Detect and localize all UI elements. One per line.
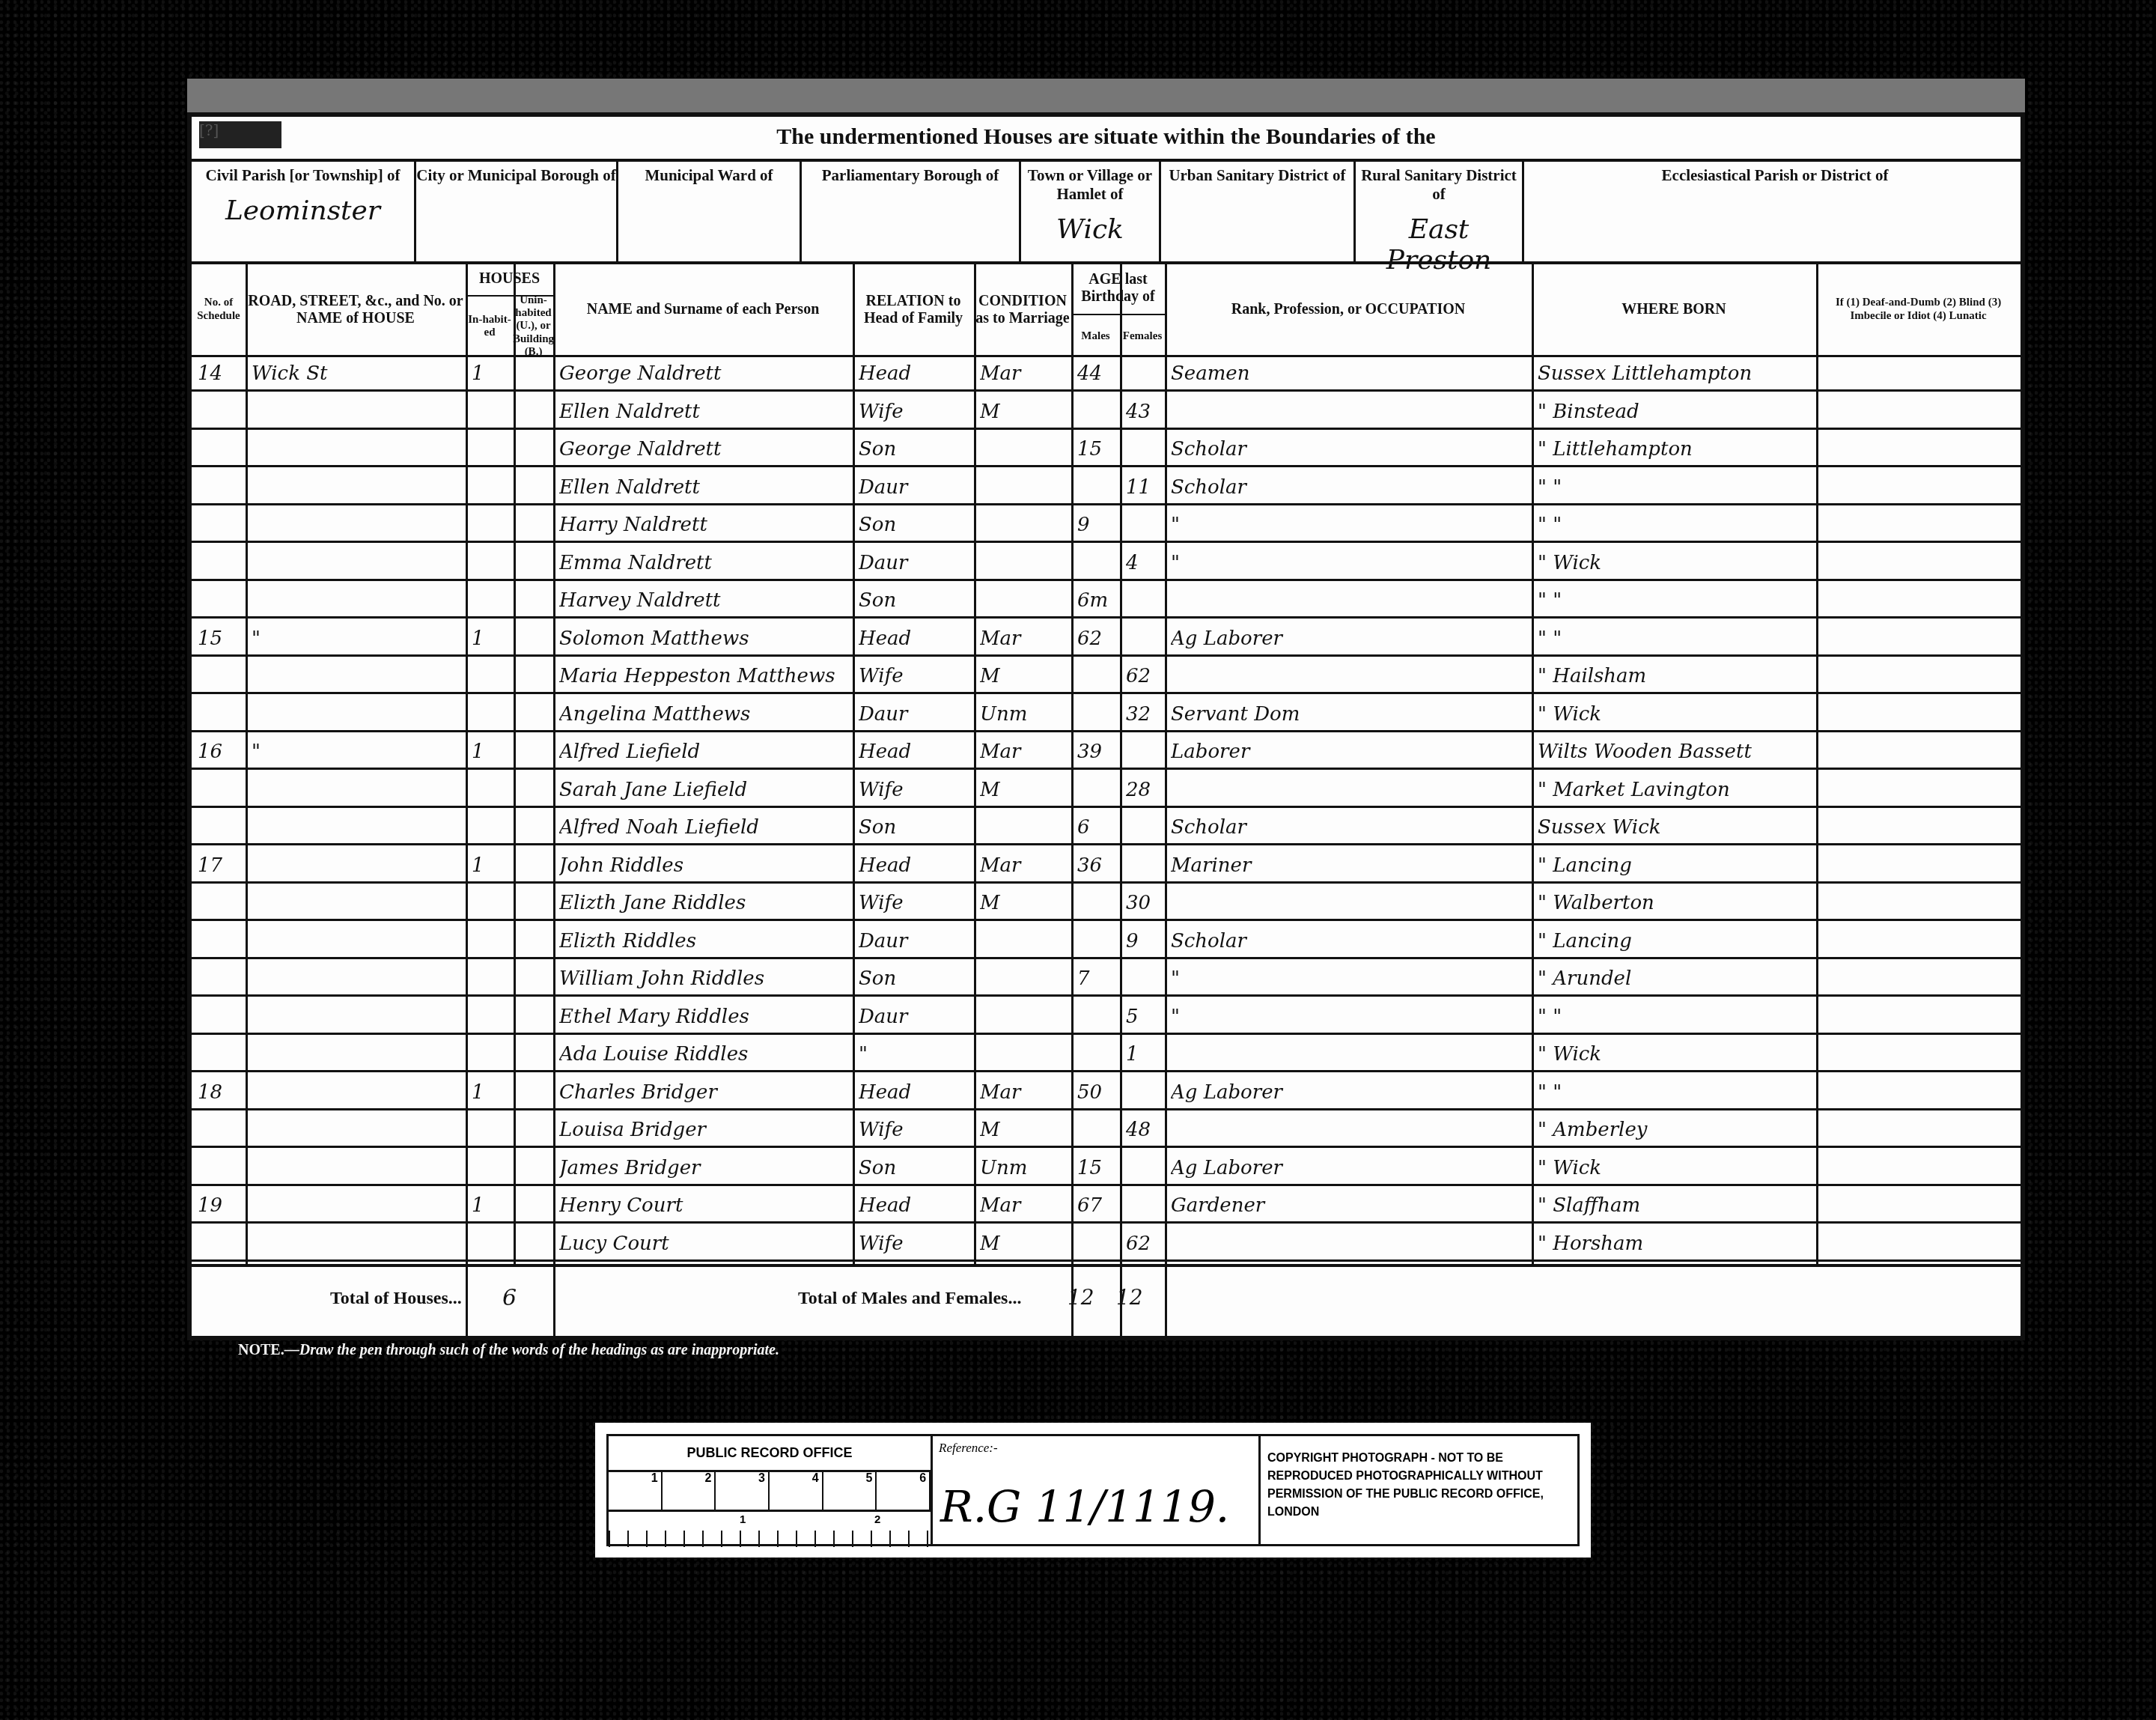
cell-road <box>252 1158 463 1179</box>
boundary-1: City or Municipal Borough of <box>416 162 618 263</box>
cell-female: 32 <box>1126 705 1162 725</box>
cell-name: William John Riddles <box>559 969 850 989</box>
cell-name: Ada Louise Riddles <box>559 1045 850 1065</box>
cell-inhabited <box>472 478 511 498</box>
cell-occupation <box>1171 666 1529 687</box>
cell-inhabited <box>472 666 511 687</box>
cell-schedule: 16 <box>198 742 243 762</box>
cell-relation: Daur <box>859 1007 971 1027</box>
cell-inhabited <box>472 893 511 914</box>
totals-rule <box>553 1264 555 1340</box>
totals-rule <box>1071 1264 1074 1340</box>
cell-road <box>252 478 463 498</box>
cell-inhabited: 1 <box>472 856 511 876</box>
cell-condition <box>980 553 1068 574</box>
boundary-5: Urban Sanitary District of <box>1161 162 1356 263</box>
totals-rule <box>466 1264 468 1340</box>
ruler-mark: 5 <box>823 1472 877 1510</box>
cell-born: " Wick <box>1538 553 1813 574</box>
cell-born: " " <box>1538 1083 1813 1103</box>
cell-occupation: Gardener <box>1171 1196 1529 1216</box>
cell-female <box>1126 969 1162 989</box>
cell-schedule <box>198 440 243 460</box>
page-title: The undermentioned Houses are situate wi… <box>192 124 2021 150</box>
cell-road <box>252 1120 463 1140</box>
cell-occupation: Scholar <box>1171 440 1529 460</box>
cell-schedule <box>198 1045 243 1065</box>
cell-inhabited <box>472 440 511 460</box>
cell-schedule: 15 <box>198 629 243 649</box>
cell-born: " Binstead <box>1538 402 1813 422</box>
cell-road: Wick St <box>252 364 463 384</box>
cell-occupation: " <box>1171 969 1529 989</box>
cell-road <box>252 818 463 838</box>
cell-female <box>1126 440 1162 460</box>
cell-born: " Wick <box>1538 1045 1813 1065</box>
cell-condition: Mar <box>980 629 1068 649</box>
cell-road <box>252 969 463 989</box>
cell-relation: Wife <box>859 893 971 914</box>
column-header-condition: CONDITION as to Marriage <box>974 263 1071 356</box>
boundary-7: Ecclesiastical Parish or District of <box>1524 162 2026 263</box>
cell-male: 15 <box>1077 1158 1117 1179</box>
cell-born: " Lancing <box>1538 932 1813 952</box>
ruler-mark: 4 <box>770 1472 823 1510</box>
total-houses-value: 6 <box>502 1285 517 1311</box>
cell-female: 28 <box>1126 780 1162 800</box>
cell-condition: Mar <box>980 364 1068 384</box>
column-header-females: Females <box>1120 319 1165 356</box>
ruler-bottom: 12 <box>609 1512 931 1547</box>
cell-female <box>1126 591 1162 611</box>
cell-born: " " <box>1538 629 1813 649</box>
cell-born: " Amberley <box>1538 1120 1813 1140</box>
cell-male: 67 <box>1077 1196 1117 1216</box>
column-rule <box>1071 263 1074 1266</box>
cell-schedule: 19 <box>198 1196 243 1216</box>
cell-male <box>1077 553 1117 574</box>
cell-female <box>1126 818 1162 838</box>
cell-inhabited <box>472 969 511 989</box>
cell-relation: Wife <box>859 402 971 422</box>
cell-occupation: " <box>1171 1007 1529 1027</box>
column-rule <box>514 263 516 1266</box>
cell-occupation: Laborer <box>1171 742 1529 762</box>
boundary-label: Rural Sanitary District of <box>1361 166 1517 203</box>
cell-born: " Slaffham <box>1538 1196 1813 1216</box>
boundary-6: Rural Sanitary District ofEast Preston <box>1356 162 1524 263</box>
cell-road: " <box>252 742 463 762</box>
cell-female <box>1126 856 1162 876</box>
cell-schedule <box>198 1007 243 1027</box>
cell-relation: Head <box>859 629 971 649</box>
cell-condition: M <box>980 893 1068 914</box>
cell-relation: Son <box>859 969 971 989</box>
cell-name: Alfred Liefield <box>559 742 850 762</box>
cell-occupation: Mariner <box>1171 856 1529 876</box>
cell-road <box>252 1083 463 1103</box>
cell-male <box>1077 1234 1117 1254</box>
cell-occupation <box>1171 402 1529 422</box>
total-houses-label: Total of Houses... <box>330 1289 462 1309</box>
ruler-top: 123456 <box>609 1472 931 1512</box>
ruler-mark: 1 <box>609 1472 663 1510</box>
cell-male: 50 <box>1077 1083 1117 1103</box>
cell-male <box>1077 705 1117 725</box>
boundary-label: Municipal Ward of <box>645 166 773 184</box>
cell-road <box>252 780 463 800</box>
cell-born: " Lancing <box>1538 856 1813 876</box>
cell-condition <box>980 1045 1068 1065</box>
cell-relation: Son <box>859 440 971 460</box>
cell-condition: Unm <box>980 705 1068 725</box>
cell-schedule <box>198 705 243 725</box>
cell-relation: Daur <box>859 553 971 574</box>
cell-name: Ellen Naldrett <box>559 478 850 498</box>
cell-male: 6 <box>1077 818 1117 838</box>
cell-occupation: Ag Laborer <box>1171 629 1529 649</box>
cell-born: Wilts Wooden Bassett <box>1538 742 1813 762</box>
cell-relation: Daur <box>859 932 971 952</box>
cell-name: Henry Court <box>559 1196 850 1216</box>
cell-relation: Daur <box>859 478 971 498</box>
cell-name: Solomon Matthews <box>559 629 850 649</box>
cell-inhabited <box>472 780 511 800</box>
column-rule <box>1120 263 1122 1266</box>
footnote-prefix: NOTE.— <box>238 1342 299 1358</box>
cell-born: " " <box>1538 1007 1813 1027</box>
cell-relation: Daur <box>859 705 971 725</box>
cell-road <box>252 893 463 914</box>
totals-rule <box>1120 1264 1122 1340</box>
column-rule <box>1816 263 1818 1266</box>
cell-male <box>1077 478 1117 498</box>
column-rule <box>853 263 855 1266</box>
cell-schedule <box>198 1158 243 1179</box>
cell-schedule: 14 <box>198 364 243 384</box>
cell-female: 43 <box>1126 402 1162 422</box>
cell-inhabited: 1 <box>472 629 511 649</box>
boundary-value: Leominster <box>192 195 414 226</box>
cell-male <box>1077 1007 1117 1027</box>
office-name: PUBLIC RECORD OFFICE <box>609 1436 931 1472</box>
cell-inhabited <box>472 1234 511 1254</box>
cell-road <box>252 932 463 952</box>
cell-inhabited <box>472 705 511 725</box>
cell-inhabited <box>472 932 511 952</box>
cell-schedule <box>198 1234 243 1254</box>
total-persons-label: Total of Males and Females... <box>798 1289 1021 1309</box>
cell-occupation: Seamen <box>1171 364 1529 384</box>
cell-occupation: " <box>1171 515 1529 535</box>
boundary-label: Urban Sanitary District of <box>1169 166 1345 184</box>
cell-inhabited: 1 <box>472 1196 511 1216</box>
cell-born: " Wick <box>1538 705 1813 725</box>
cell-born: " Walberton <box>1538 893 1813 914</box>
cell-occupation: Scholar <box>1171 932 1529 952</box>
cell-relation: Wife <box>859 666 971 687</box>
column-rule <box>553 263 555 1266</box>
cell-occupation <box>1171 1045 1529 1065</box>
column-header-uninhabited: Unin-habited (U.), or Building (B.) <box>514 297 553 356</box>
cell-schedule <box>198 591 243 611</box>
cell-male: 15 <box>1077 440 1117 460</box>
census-sheet: [?] The undermentioned Houses are situat… <box>187 112 2025 1340</box>
cell-born: " Horsham <box>1538 1234 1813 1254</box>
cell-condition: Unm <box>980 1158 1068 1179</box>
cell-name: Emma Naldrett <box>559 553 850 574</box>
cell-schedule <box>198 402 243 422</box>
cell-schedule <box>198 1120 243 1140</box>
cell-inhabited: 1 <box>472 1083 511 1103</box>
cell-relation: Wife <box>859 780 971 800</box>
column-header-occupation: Rank, Profession, or OCCUPATION <box>1165 263 1532 356</box>
cell-road <box>252 553 463 574</box>
cell-schedule <box>198 553 243 574</box>
ruler-mark: 2 <box>874 1513 880 1526</box>
cell-name: Ethel Mary Riddles <box>559 1007 850 1027</box>
scan-top-shade <box>187 79 2025 115</box>
boundary-label: Town or Village or Hamlet of <box>1028 166 1152 203</box>
cell-relation: Son <box>859 515 971 535</box>
cell-born: Sussex Wick <box>1538 818 1813 838</box>
cell-relation: " <box>859 1045 971 1065</box>
column-header-road: ROAD, STREET, &c., and No. or NAME of HO… <box>246 263 466 356</box>
ruler-mark: 6 <box>877 1472 931 1510</box>
cell-relation: Son <box>859 1158 971 1179</box>
boundary-2: Municipal Ward of <box>618 162 802 263</box>
column-rule <box>1165 263 1167 1266</box>
cell-schedule <box>198 666 243 687</box>
cell-relation: Head <box>859 742 971 762</box>
column-header-age: AGE last Birthday of <box>1071 263 1165 315</box>
cell-inhabited <box>472 1158 511 1179</box>
cell-schedule <box>198 969 243 989</box>
cell-male <box>1077 932 1117 952</box>
ruler-mark: 2 <box>663 1472 716 1510</box>
cell-female: 5 <box>1126 1007 1162 1027</box>
cell-female <box>1126 1083 1162 1103</box>
cell-female <box>1126 515 1162 535</box>
cell-condition <box>980 818 1068 838</box>
cell-condition: Mar <box>980 1083 1068 1103</box>
boundary-label: Parliamentary Borough of <box>822 166 999 184</box>
cell-male <box>1077 1120 1117 1140</box>
cell-condition: M <box>980 402 1068 422</box>
cell-name: Louisa Bridger <box>559 1120 850 1140</box>
cell-name: Sarah Jane Liefield <box>559 780 850 800</box>
cell-condition: Mar <box>980 1196 1068 1216</box>
cell-female: 11 <box>1126 478 1162 498</box>
cell-name: Angelina Matthews <box>559 705 850 725</box>
cell-born: " " <box>1538 515 1813 535</box>
cell-name: George Naldrett <box>559 364 850 384</box>
cell-name: Charles Bridger <box>559 1083 850 1103</box>
cell-name: Harry Naldrett <box>559 515 850 535</box>
cell-condition <box>980 478 1068 498</box>
cell-name: Elizth Jane Riddles <box>559 893 850 914</box>
cell-relation: Son <box>859 818 971 838</box>
cell-condition: Mar <box>980 856 1068 876</box>
cell-born: " " <box>1538 478 1813 498</box>
totals-rule <box>1165 1264 1167 1340</box>
copyright-notice: COPYRIGHT PHOTOGRAPH - NOT TO BE REPRODU… <box>1267 1450 1567 1522</box>
cell-born: " Hailsham <box>1538 666 1813 687</box>
cell-road: " <box>252 629 463 649</box>
cell-occupation: Ag Laborer <box>1171 1158 1529 1179</box>
cell-male <box>1077 780 1117 800</box>
cell-inhabited <box>472 553 511 574</box>
cell-male: 62 <box>1077 629 1117 649</box>
cell-schedule <box>198 818 243 838</box>
cell-condition <box>980 1007 1068 1027</box>
cell-male <box>1077 402 1117 422</box>
cell-schedule <box>198 780 243 800</box>
cell-inhabited <box>472 1045 511 1065</box>
reference-label: Reference:- <box>939 1441 998 1456</box>
cell-condition <box>980 969 1068 989</box>
cell-born: " Littlehampton <box>1538 440 1813 460</box>
ruler-block: PUBLIC RECORD OFFICE 123456 12 <box>609 1436 933 1545</box>
column-header-infirmity: If (1) Deaf-and-Dumb (2) Blind (3) Imbec… <box>1816 263 2021 356</box>
cell-female: 30 <box>1126 893 1162 914</box>
cell-schedule <box>198 515 243 535</box>
cell-female: 9 <box>1126 932 1162 952</box>
cell-female: 62 <box>1126 666 1162 687</box>
cell-inhabited <box>472 515 511 535</box>
cell-condition <box>980 932 1068 952</box>
boundary-4: Town or Village or Hamlet ofWick <box>1021 162 1161 263</box>
cell-inhabited <box>472 1007 511 1027</box>
cell-female: 1 <box>1126 1045 1162 1065</box>
cell-condition: M <box>980 1234 1068 1254</box>
cell-relation: Head <box>859 364 971 384</box>
cell-name: Maria Heppeston Matthews <box>559 666 850 687</box>
cell-born: Sussex Littlehampton <box>1538 364 1813 384</box>
cell-female: 4 <box>1126 553 1162 574</box>
cell-occupation: " <box>1171 553 1529 574</box>
boundary-value: Wick <box>1021 214 1159 245</box>
cell-condition <box>980 515 1068 535</box>
cell-name: Lucy Court <box>559 1234 850 1254</box>
cell-female <box>1126 629 1162 649</box>
cell-road <box>252 515 463 535</box>
cell-road <box>252 1234 463 1254</box>
ruler-mark: 3 <box>716 1472 770 1510</box>
column-header-inhabited: In-habit-ed <box>466 297 514 356</box>
cell-road <box>252 591 463 611</box>
cell-road <box>252 1007 463 1027</box>
cell-name: Ellen Naldrett <box>559 402 850 422</box>
cell-condition <box>980 591 1068 611</box>
boundary-0: Civil Parish [or Township] ofLeominster <box>192 162 416 263</box>
boundary-label: Civil Parish [or Township] of <box>206 166 401 184</box>
cell-condition: Mar <box>980 742 1068 762</box>
cell-female: 62 <box>1126 1234 1162 1254</box>
cell-relation: Son <box>859 591 971 611</box>
cell-male <box>1077 666 1117 687</box>
cell-occupation <box>1171 591 1529 611</box>
cell-inhabited: 1 <box>472 742 511 762</box>
cell-road <box>252 856 463 876</box>
cell-male: 9 <box>1077 515 1117 535</box>
cell-name: Elizth Riddles <box>559 932 850 952</box>
cell-female: 48 <box>1126 1120 1162 1140</box>
footnote: NOTE.—Draw the pen through such of the w… <box>238 1342 779 1359</box>
cell-inhabited <box>472 402 511 422</box>
column-header-schedule: No. of Schedule <box>192 263 246 356</box>
cell-born: " Market Lavington <box>1538 780 1813 800</box>
column-rule <box>466 263 468 1266</box>
cell-inhabited: 1 <box>472 364 511 384</box>
cell-road <box>252 705 463 725</box>
cell-female <box>1126 1196 1162 1216</box>
column-rule <box>1532 263 1534 1266</box>
cell-condition: M <box>980 666 1068 687</box>
cell-schedule <box>198 893 243 914</box>
cell-female <box>1126 364 1162 384</box>
column-header-males: Males <box>1071 319 1120 356</box>
cell-female <box>1126 1158 1162 1179</box>
column-rule <box>974 263 976 1266</box>
column-rule <box>246 263 248 1266</box>
cell-male: 44 <box>1077 364 1117 384</box>
cell-male <box>1077 893 1117 914</box>
cell-born: " " <box>1538 591 1813 611</box>
cell-occupation <box>1171 893 1529 914</box>
column-header-name: NAME and Surname of each Person <box>553 263 853 356</box>
cell-schedule <box>198 478 243 498</box>
ruler-mark: 1 <box>740 1513 746 1526</box>
boundary-3: Parliamentary Borough of <box>802 162 1021 263</box>
column-header-houses: HOUSES <box>466 263 553 297</box>
column-header-where-born: WHERE BORN <box>1532 263 1816 356</box>
boundary-label: Ecclesiastical Parish or District of <box>1662 166 1889 184</box>
cell-inhabited <box>472 591 511 611</box>
cell-relation: Wife <box>859 1120 971 1140</box>
cell-name: Alfred Noah Liefield <box>559 818 850 838</box>
cell-relation: Head <box>859 856 971 876</box>
cell-road <box>252 1045 463 1065</box>
cell-male: 6m <box>1077 591 1117 611</box>
cell-male: 39 <box>1077 742 1117 762</box>
cell-occupation <box>1171 780 1529 800</box>
cell-road <box>252 402 463 422</box>
cell-name: Harvey Naldrett <box>559 591 850 611</box>
cell-condition: M <box>980 1120 1068 1140</box>
cell-road <box>252 1196 463 1216</box>
cell-male <box>1077 1045 1117 1065</box>
cell-occupation: Servant Dom <box>1171 705 1529 725</box>
cell-road <box>252 666 463 687</box>
cell-female <box>1126 742 1162 762</box>
cell-inhabited <box>472 818 511 838</box>
cell-schedule: 18 <box>198 1083 243 1103</box>
cell-inhabited <box>472 1120 511 1140</box>
cell-occupation: Scholar <box>1171 818 1529 838</box>
cell-born: " Wick <box>1538 1158 1813 1179</box>
cell-born: " Arundel <box>1538 969 1813 989</box>
cell-male: 7 <box>1077 969 1117 989</box>
cell-male: 36 <box>1077 856 1117 876</box>
cell-relation: Head <box>859 1083 971 1103</box>
reference-value: R.G 11/1119. <box>940 1481 1229 1532</box>
cell-name: George Naldrett <box>559 440 850 460</box>
cell-name: John Riddles <box>559 856 850 876</box>
cell-occupation <box>1171 1120 1529 1140</box>
footnote-text: Draw the pen through such of the words o… <box>299 1342 779 1358</box>
cell-condition <box>980 440 1068 460</box>
